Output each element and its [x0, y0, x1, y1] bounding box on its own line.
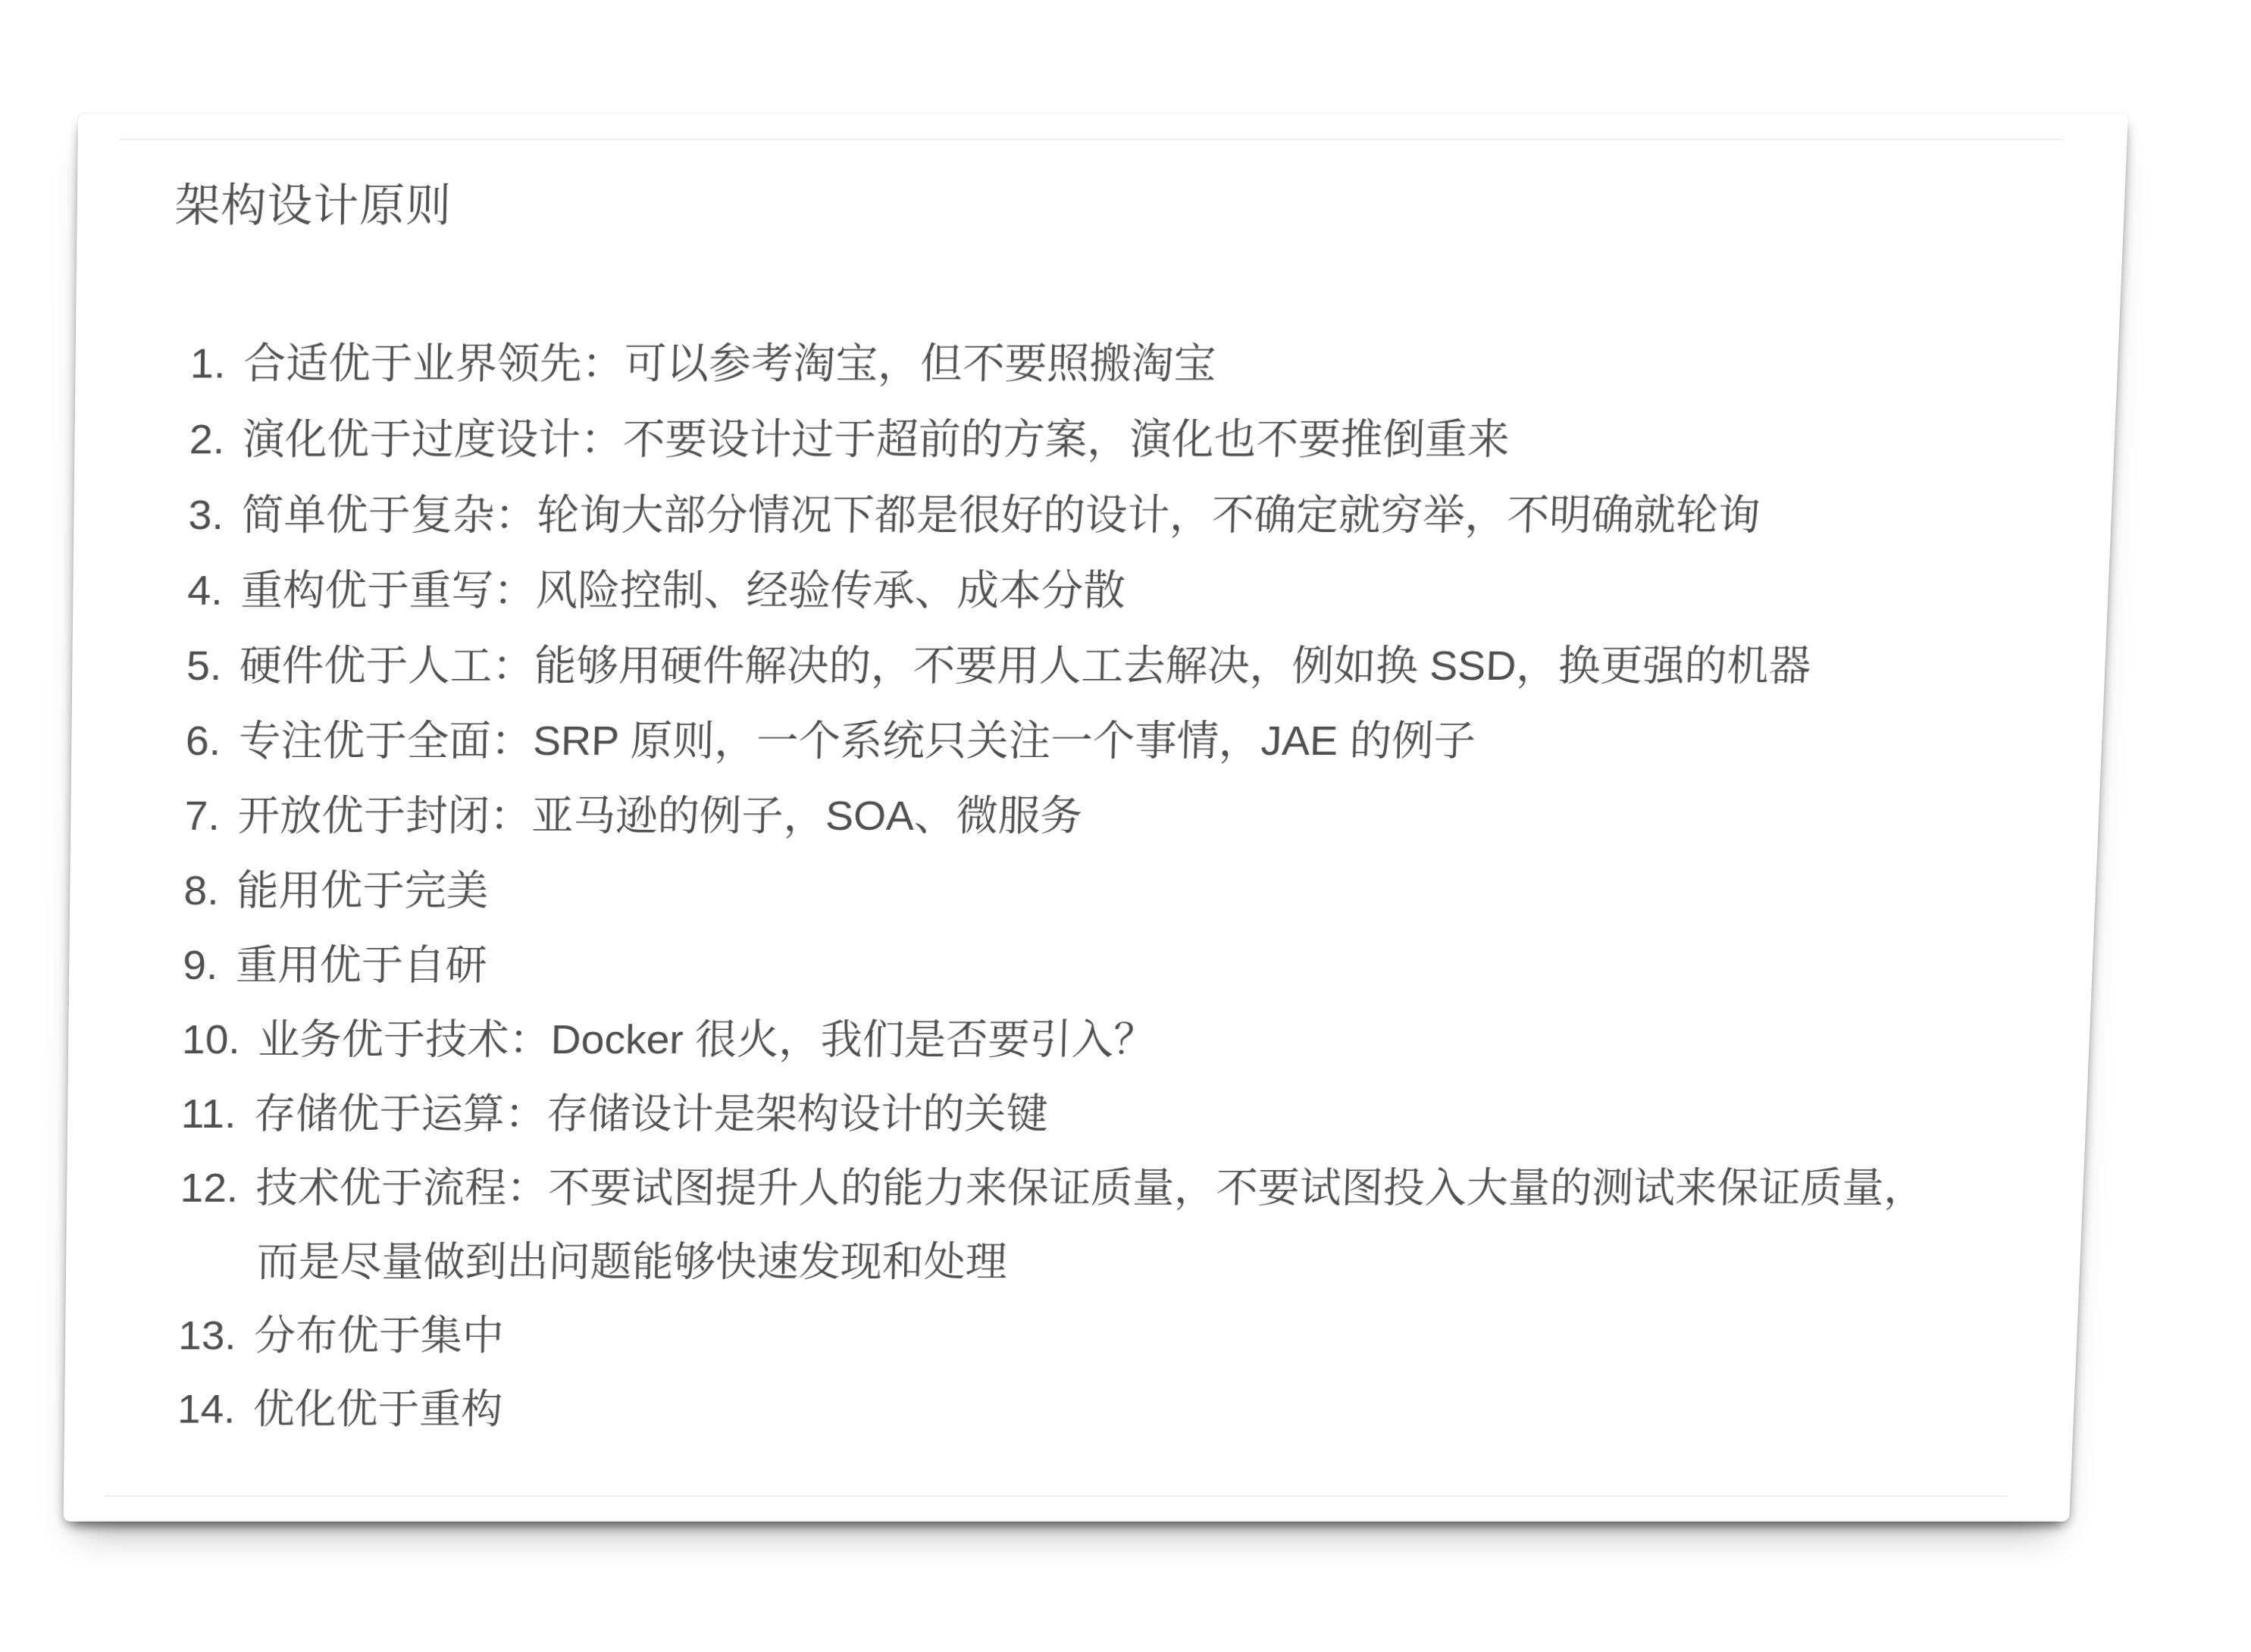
item-text: 硬件优于人工：能够用硬件解决的，不要用人工去解决，例如换 SSD，换更强的机器: [240, 642, 1812, 689]
item-number: 3.: [188, 491, 224, 538]
item-number: 14.: [177, 1386, 236, 1431]
note-card: 架构设计原则 1.合适优于业界领先：可以参考淘宝，但不要照搬淘宝 2.演化优于过…: [64, 114, 2128, 1522]
note-title: 架构设计原则: [174, 179, 1998, 233]
item-text: 存储优于运算：存储设计是架构设计的关键: [254, 1090, 1049, 1137]
item-text: 开放优于封闭：亚马逊的例子，SOA、微服务: [237, 792, 1082, 839]
list-item: 9.重用优于自研: [183, 928, 1968, 1002]
item-text: 重构优于重写：风险控制、经验传承、成本分散: [240, 566, 1126, 613]
list-item: 2.演化优于过度设计：不要设计过于超前的方案，演化也不要推倒重来: [189, 401, 1990, 477]
item-text: 专注优于全面：SRP 原则，一个系统只关注一个事情，JAE 的例子: [239, 717, 1476, 764]
item-text: 合适优于业界领先：可以参考淘宝，但不要照搬淘宝: [243, 339, 1216, 386]
item-number: 7.: [184, 792, 220, 839]
item-text: 优化优于重构: [253, 1386, 503, 1431]
list-item: 13.分布优于集中: [178, 1298, 1954, 1372]
list-item: 10.业务优于技术：Docker 很火，我们是否要引入？: [181, 1002, 1965, 1076]
item-number: 13.: [178, 1312, 236, 1358]
item-number: 6.: [186, 717, 221, 764]
list-item: 5.硬件优于人工：能够用硬件解决的，不要用人工去解决，例如换 SSD，换更强的机…: [186, 627, 1980, 702]
item-number: 4.: [187, 566, 223, 613]
list-item: 4.重构优于重写：风险控制、经验传承、成本分散: [187, 552, 1983, 627]
page-background: 架构设计原则 1.合适优于业界领先：可以参考淘宝，但不要照搬淘宝 2.演化优于过…: [0, 0, 2251, 1652]
item-text: 技术优于流程：不要试图提升人的能力来保证质量，不要试图投入大量的测试来保证质量，…: [255, 1164, 1927, 1284]
item-text: 业务优于技术：Docker 很火，我们是否要引入？: [258, 1016, 1156, 1062]
list-item: 7.开放优于封闭：亚马逊的例子，SOA、微服务: [184, 778, 1974, 853]
list-item: 11.存储优于运算：存储设计是架构设计的关键: [180, 1076, 1962, 1150]
list-item: 1.合适优于业界领先：可以参考淘宝，但不要照搬淘宝: [189, 325, 1992, 401]
card-top-divider: [120, 139, 2063, 140]
list-item: 12.技术优于流程：不要试图提升人的能力来保证质量，不要试图投入大量的测试来保证…: [179, 1150, 1959, 1298]
item-number: 10.: [182, 1016, 241, 1062]
item-number: 8.: [183, 867, 219, 913]
item-text: 重用优于自研: [236, 941, 488, 987]
item-text: 分布优于集中: [254, 1312, 505, 1358]
item-number: 12.: [180, 1164, 238, 1210]
item-number: 1.: [190, 339, 226, 386]
item-text: 简单优于复杂：轮询大部分情况下都是很好的设计，不确定就穷举，不明确就轮询: [241, 491, 1761, 538]
item-text: 能用优于完美: [236, 867, 489, 913]
card-bottom-divider: [105, 1495, 2008, 1497]
item-number: 2.: [189, 415, 224, 462]
item-number: 11.: [180, 1090, 236, 1137]
list-item: 14.优化优于重构: [177, 1372, 1951, 1445]
list-item: 3.简单优于复杂：轮询大部分情况下都是很好的设计，不确定就穷举，不明确就轮询: [188, 477, 1986, 552]
list-item: 8.能用优于完美: [183, 853, 1971, 928]
list-item: 6.专注优于全面：SRP 原则，一个系统只关注一个事情，JAE 的例子: [185, 702, 1977, 778]
principle-list: 1.合适优于业界领先：可以参考淘宝，但不要照搬淘宝 2.演化优于过度设计：不要设…: [177, 325, 1993, 1445]
item-text: 演化优于过度设计：不要设计过于超前的方案，演化也不要推倒重来: [243, 415, 1511, 462]
item-number: 5.: [186, 642, 222, 689]
item-number: 9.: [183, 941, 218, 987]
